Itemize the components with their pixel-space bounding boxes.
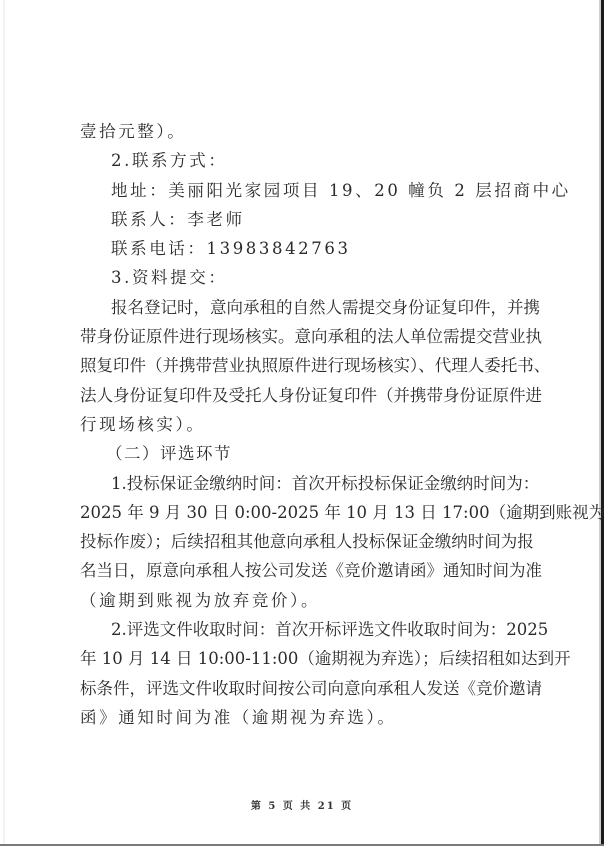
text-document-collection-line-2: 年 10 月 14 日 10:00-11:00（逾期视为弃选）；后续招租如达到开 [80, 644, 523, 673]
text-deposit-line-1: 1.投标保证金缴纳时间：首次开标投标保证金缴纳时间为： [80, 469, 523, 498]
heading-document-submission: 3.资料提交： [80, 263, 523, 292]
text-deposit-line-3: 投标作废）；后续招租其他意向承租人投标保证金缴纳时间为报 [80, 527, 523, 556]
text-submission-line-2: 带身份证原件进行现场核实。意向承租的法人单位需提交营业执 [80, 322, 523, 351]
text-deposit-line-4: 名当日，原意向承租人按公司发送《竞价邀请函》通知时间为准 [80, 556, 523, 585]
text-document-collection-line-1: 2.评选文件收取时间：首次开标评选文件收取时间为：2025 [80, 615, 523, 644]
document-body: 壹拾元整）。 2.联系方式： 地址：美丽阳光家园项目 19、20 幢负 2 层招… [80, 117, 523, 732]
text-submission-line-3: 照复印件（并携带营业执照原件进行现场核实）、代理人委托书、 [80, 351, 523, 380]
text-submission-line-1: 报名登记时，意向承租的自然人需提交身份证复印件，并携 [80, 293, 523, 322]
text-submission-line-4: 法人身份证复印件及受托人身份证复印件（并携带身份证原件进 [80, 381, 523, 410]
text-contact-phone: 联系电话：13983842763 [80, 234, 523, 263]
text-deposit-line-5: （逾期到账视为放弃竞价）。 [80, 586, 523, 615]
text-document-collection-line-3: 标条件，评选文件收取时间按公司向意向承租人发送《竞价邀请 [80, 674, 523, 703]
page-number-footer: 第 5 页 共 21 页 [0, 797, 604, 812]
document-page: 壹拾元整）。 2.联系方式： 地址：美丽阳光家园项目 19、20 幢负 2 层招… [0, 0, 604, 846]
page-left-edge [3, 0, 5, 844]
text-contact-person: 联系人：李老师 [80, 205, 523, 234]
text-deposit-line-2: 2025 年 9 月 30 日 0:00-2025 年 10 月 13 日 17… [80, 498, 523, 527]
text-line-fee-amount-end: 壹拾元整）。 [80, 117, 523, 146]
section-heading-evaluation: （二）评选环节 [80, 439, 523, 468]
heading-contact-info: 2.联系方式： [80, 146, 523, 175]
text-submission-line-5: 行现场核实）。 [80, 410, 523, 439]
text-document-collection-line-4: 函》通知时间为准（逾期视为弃选）。 [80, 703, 523, 732]
text-address: 地址：美丽阳光家园项目 19、20 幢负 2 层招商中心 [80, 176, 523, 205]
